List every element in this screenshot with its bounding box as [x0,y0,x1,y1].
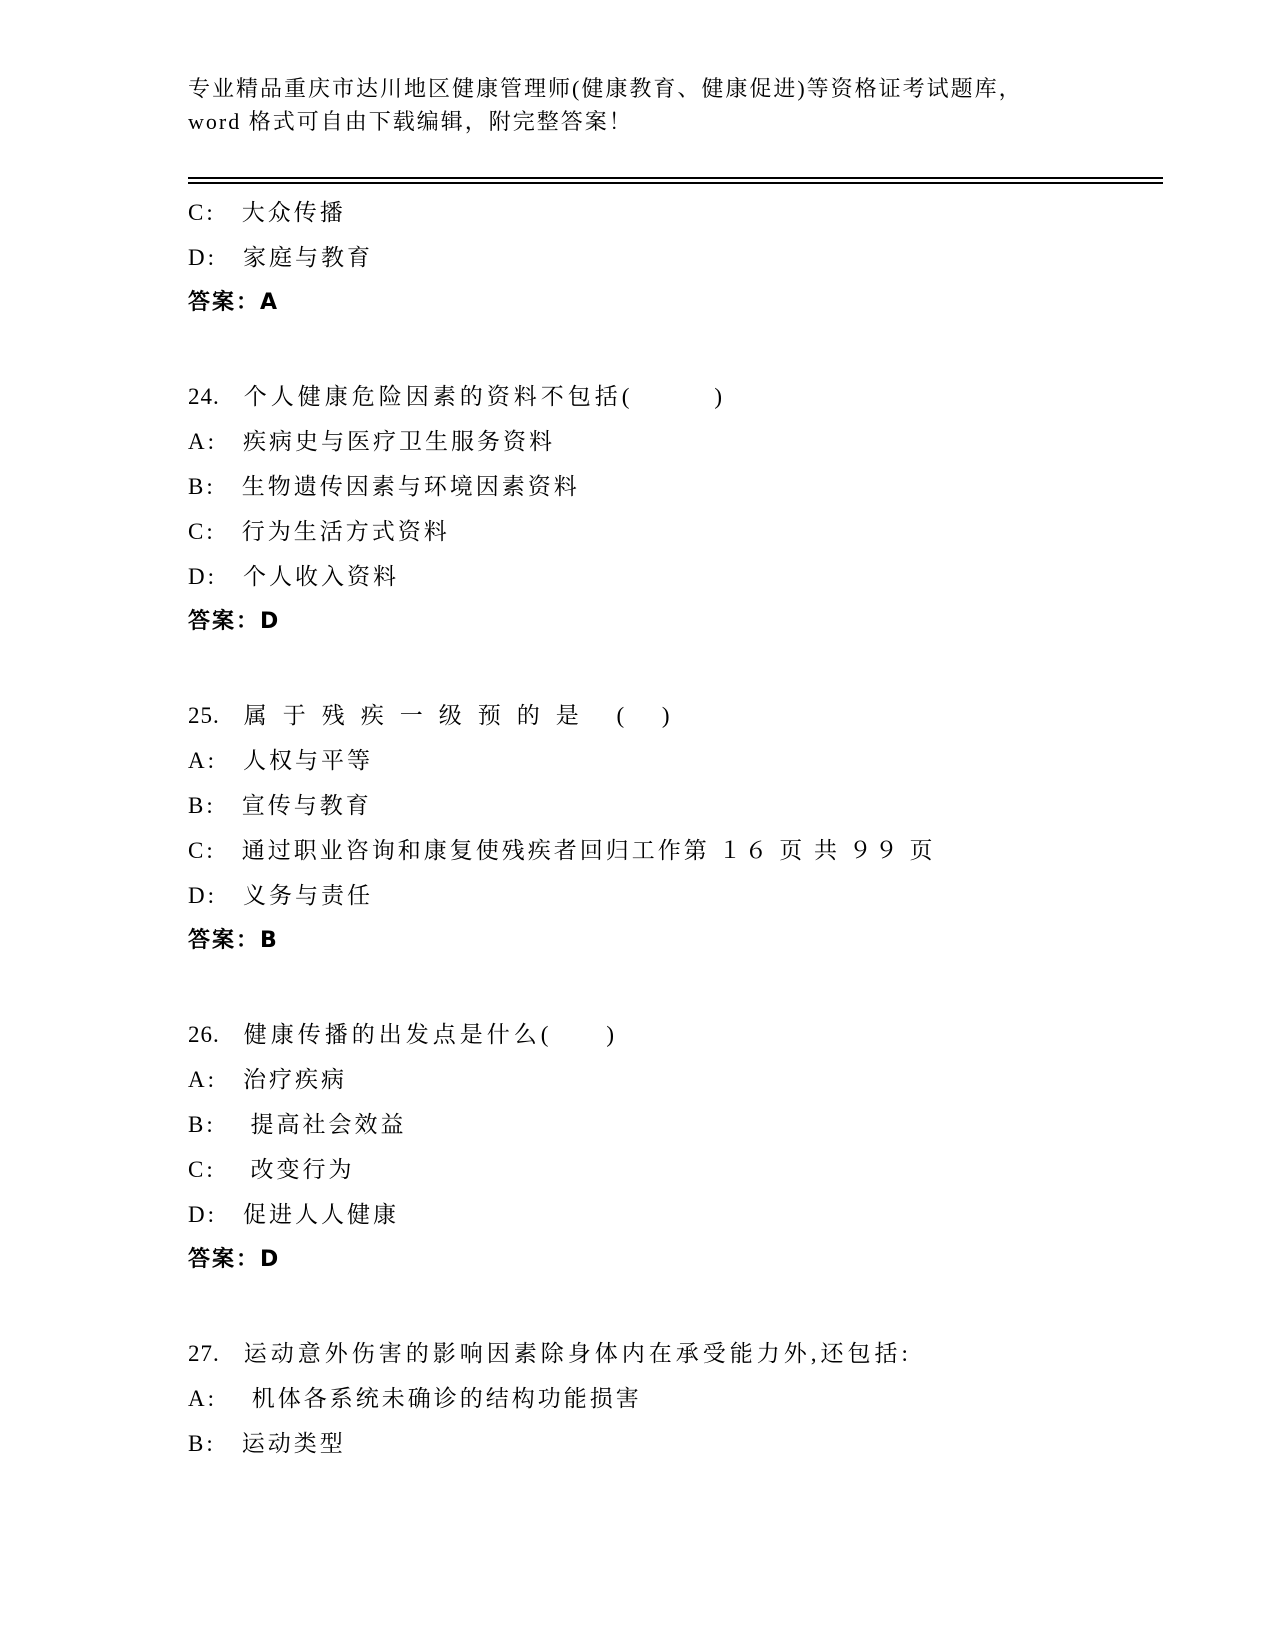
option-line-b: B: 生物遗传因素与环境因素资料 [188,464,1198,509]
option-line-d: D: 促进人人健康 [188,1192,1198,1237]
question-number: 27. [188,1341,220,1366]
option-line-d: D: 家庭与教育 [188,235,1198,280]
option-line-c: C: 改变行为 [188,1147,1198,1192]
header-divider-double-rule [188,177,1163,184]
question-title: 运动意外伤害的影响因素除身体内在承受能力外,还包括: [244,1341,912,1366]
question-title-line: 26.健康传播的出发点是什么( ) [188,1012,1198,1057]
option-line-b: B: 运动类型 [188,1421,1198,1466]
question-26: 26.健康传播的出发点是什么( ) A: 治疗疾病 B: 提高社会效益 C: 改… [188,1012,1198,1282]
question-number: 26. [188,1022,220,1047]
question-title: 健康传播的出发点是什么( ) [244,1022,618,1047]
header-line-1: 专业精品重庆市达川地区健康管理师(健康教育、健康促进)等资格证考试题库， [188,72,1168,105]
option-line-c: C: 大众传播 [188,190,1198,235]
question-25: 25.属于残疾一级预的是 ( ) A: 人权与平等 B: 宣传与教育 C: 通过… [188,693,1198,963]
question-title-line: 25.属于残疾一级预的是 ( ) [188,693,1198,738]
question-27: 27.运动意外伤害的影响因素除身体内在承受能力外,还包括: A: 机体各系统未确… [188,1331,1198,1466]
option-line-b: B: 提高社会效益 [188,1102,1198,1147]
option-line-b: B: 宣传与教育 [188,783,1198,828]
question-title-line: 27.运动意外伤害的影响因素除身体内在承受能力外,还包括: [188,1331,1198,1376]
question-number: 24. [188,384,220,409]
option-line-a: A: 人权与平等 [188,738,1198,783]
question-number: 25. [188,703,220,728]
document-body: C: 大众传播 D: 家庭与教育 答案：A 24.个人健康危险因素的资料不包括(… [188,190,1198,1466]
option-line-d: D: 义务与责任 [188,873,1198,918]
option-line-a: A: 治疗疾病 [188,1057,1198,1102]
question-23-tail: C: 大众传播 D: 家庭与教育 答案：A [188,190,1198,325]
question-title: 属于残疾一级预的是 ( ) [244,703,686,728]
answer-line: 答案：A [188,280,1198,325]
answer-line: 答案：D [188,1237,1198,1282]
option-line-d: D: 个人收入资料 [188,554,1198,599]
option-line-a: A: 疾病史与医疗卫生服务资料 [188,419,1198,464]
option-line-c: C: 行为生活方式资料 [188,509,1198,554]
question-title-line: 24.个人健康危险因素的资料不包括( ) [188,374,1198,419]
question-title: 个人健康危险因素的资料不包括( ) [244,384,726,409]
answer-line: 答案：B [188,918,1198,963]
header-line-2: word 格式可自由下载编辑，附完整答案！ [188,105,1168,138]
answer-line: 答案：D [188,599,1198,644]
option-line-c: C: 通过职业咨询和康复使残疾者回归工作第 １６ 页 共 ９９ 页 [188,828,1198,873]
option-line-a: A: 机体各系统未确诊的结构功能损害 [188,1376,1198,1421]
document-header: 专业精品重庆市达川地区健康管理师(健康教育、健康促进)等资格证考试题库， wor… [188,72,1168,138]
document-page: 专业精品重庆市达川地区健康管理师(健康教育、健康促进)等资格证考试题库， wor… [0,0,1275,1650]
question-24: 24.个人健康危险因素的资料不包括( ) A: 疾病史与医疗卫生服务资料 B: … [188,374,1198,644]
